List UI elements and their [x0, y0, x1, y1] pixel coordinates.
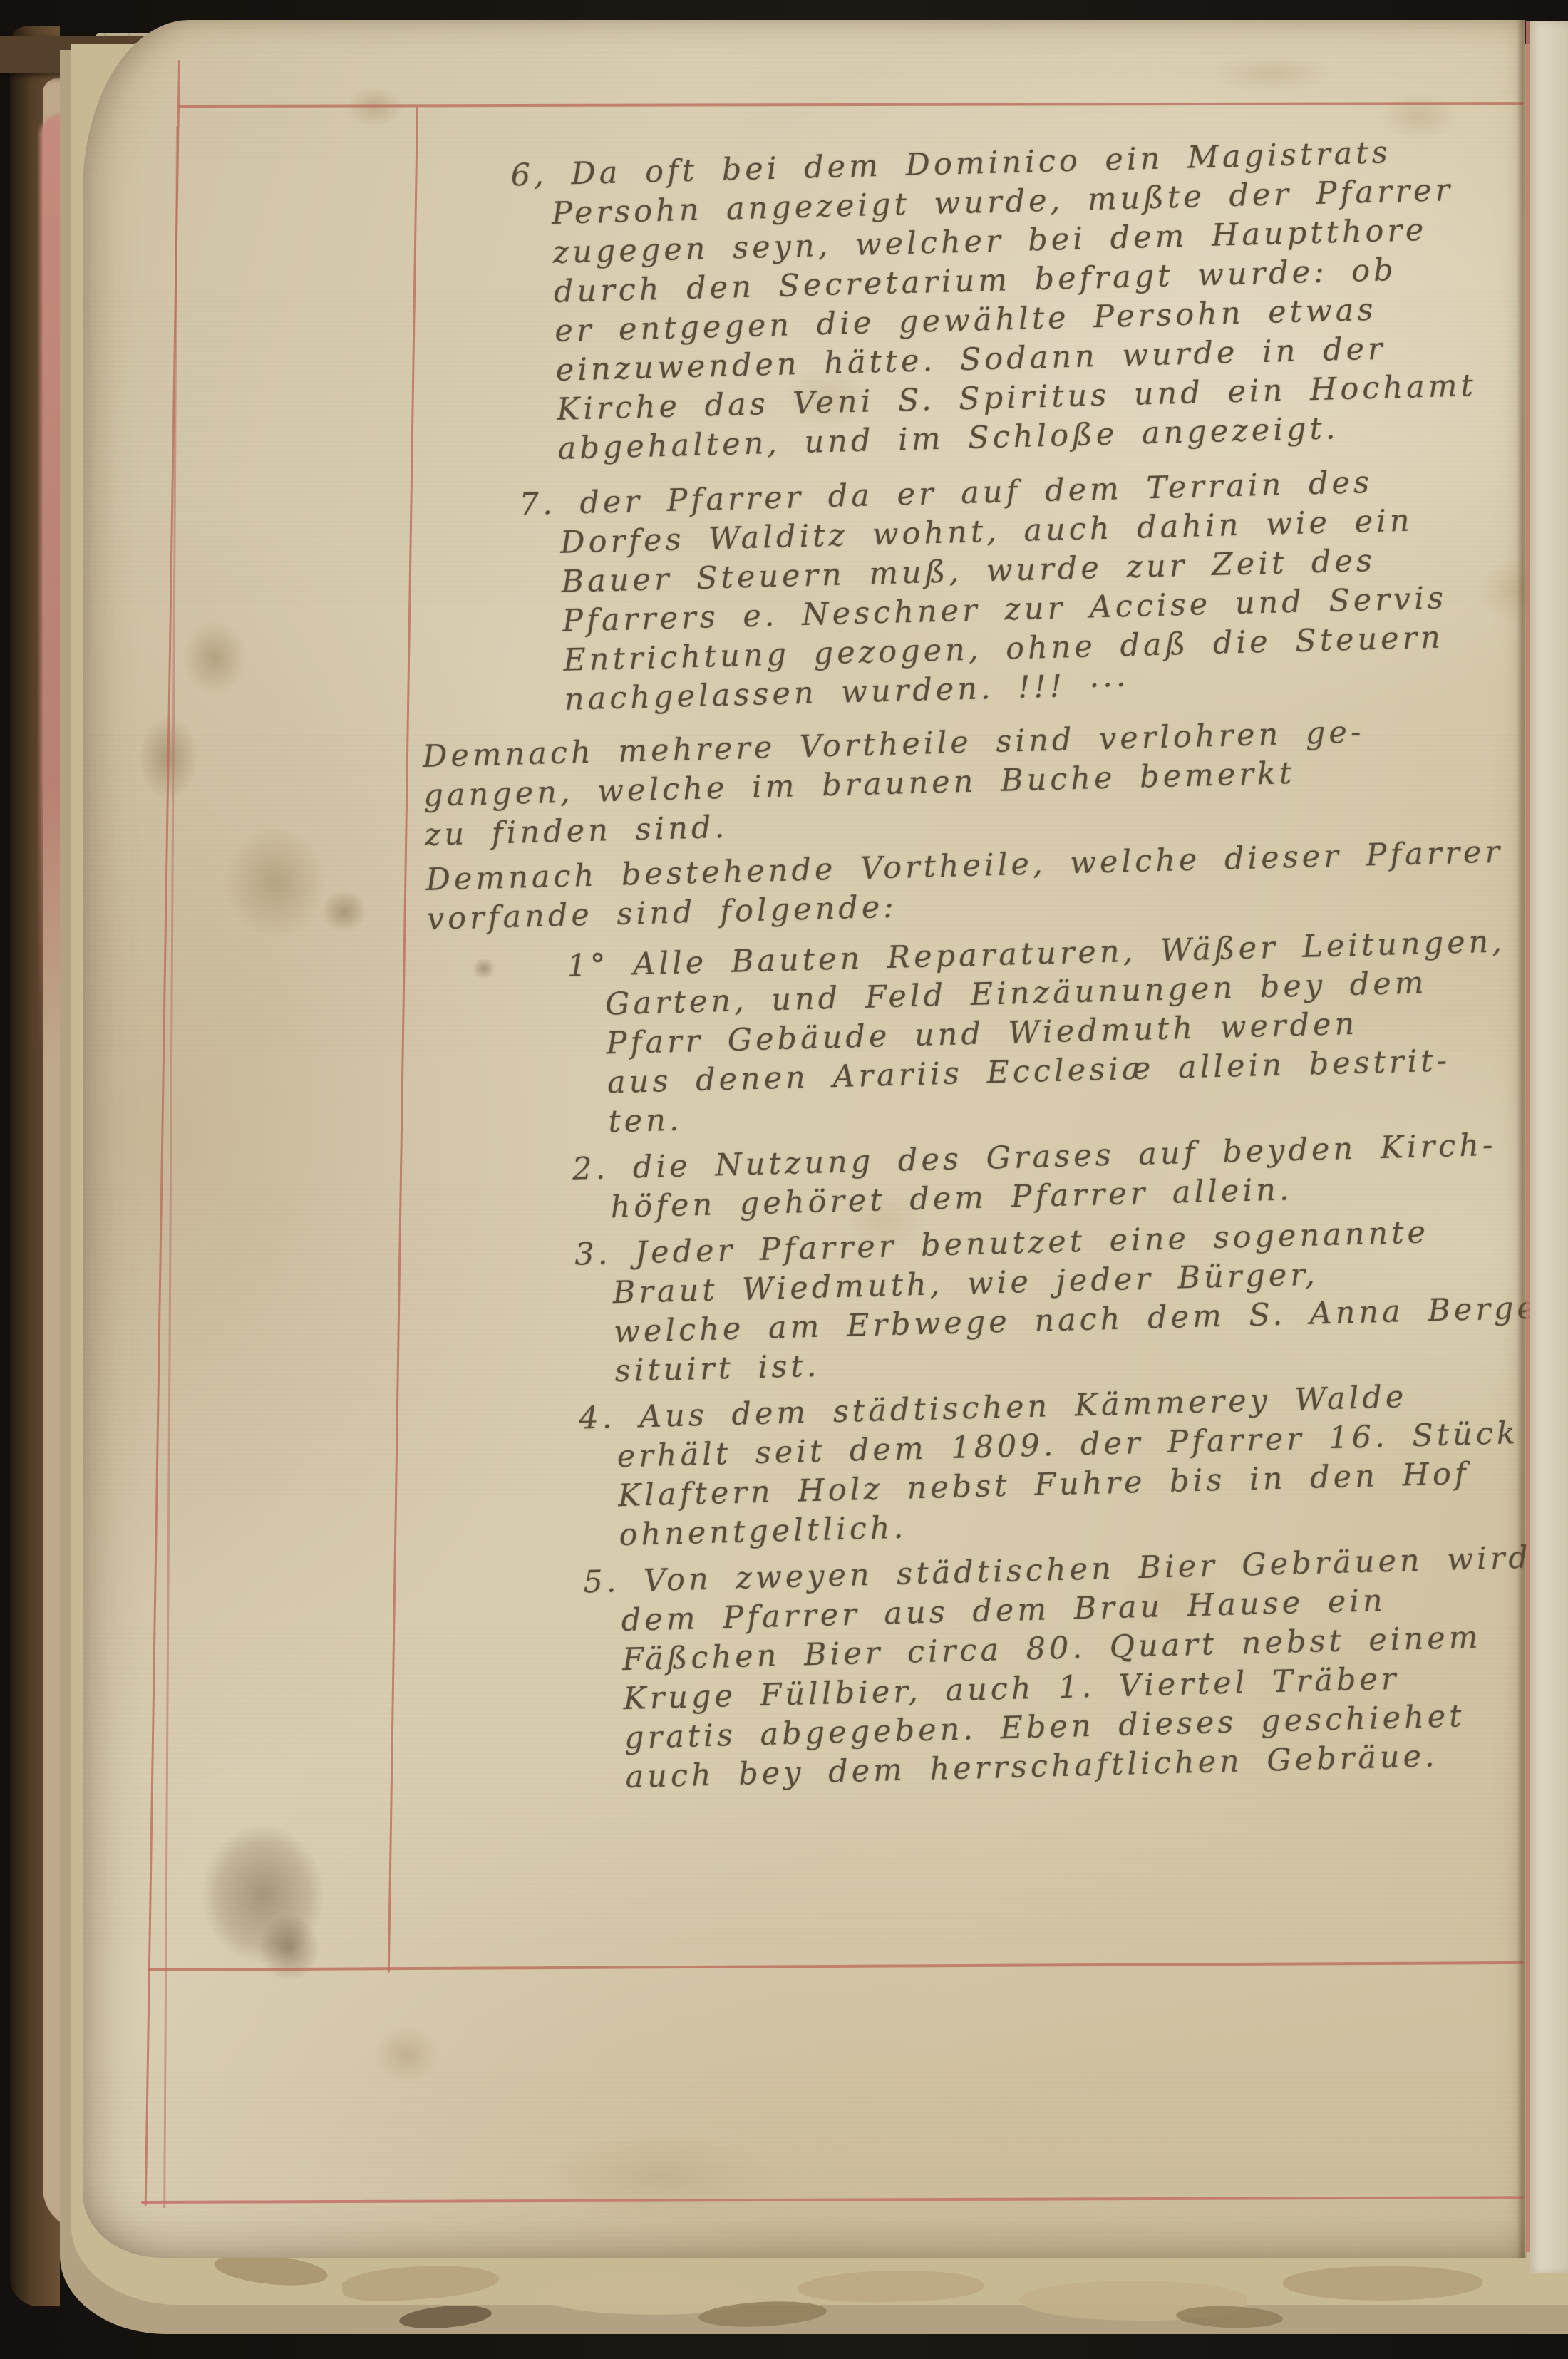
gutter-fold-shadow	[1517, 20, 1527, 2258]
list-item-3: 3. Jeder Pfarrer benutzet eine sogenannt…	[574, 1209, 1568, 1393]
red-dyed-gutter-edge	[1526, 21, 1530, 2252]
scanned-book-photograph: 6, Da oft bei dem Dominico ein Magistrat…	[0, 0, 1568, 2359]
paragraph-7: 7. der Pfarrer da er auf dem Terrain des…	[519, 458, 1565, 721]
paper-stain	[181, 1802, 345, 1987]
paper-stain	[1195, 48, 1351, 98]
list-item-5: 5. Von zweyen städtischen Bier Gebräuen …	[583, 1537, 1568, 1799]
paragraph-6: 6, Da oft bei dem Dominico ein Magistrat…	[510, 129, 1559, 470]
paper-stain	[247, 1901, 332, 1994]
facing-page-strip	[1530, 21, 1568, 2273]
list-item-4: 4. Aus dem städtischen Kämmerey Waldeerh…	[579, 1373, 1568, 1557]
manuscript-page: 6, Da oft bei dem Dominico ein Magistrat…	[83, 20, 1525, 2258]
paper-stain	[510, 2122, 810, 2229]
paper-stain	[364, 2015, 450, 2094]
paragraph-lost-advantages: Demnach mehrere Vortheile sind verlohren…	[422, 708, 1568, 855]
handwritten-text-block: 6, Da oft bei dem Dominico ein Magistrat…	[83, 129, 1568, 1817]
list-item-1: 1° Alle Bauten Reparaturen, Wäßer Leitun…	[567, 921, 1568, 1143]
